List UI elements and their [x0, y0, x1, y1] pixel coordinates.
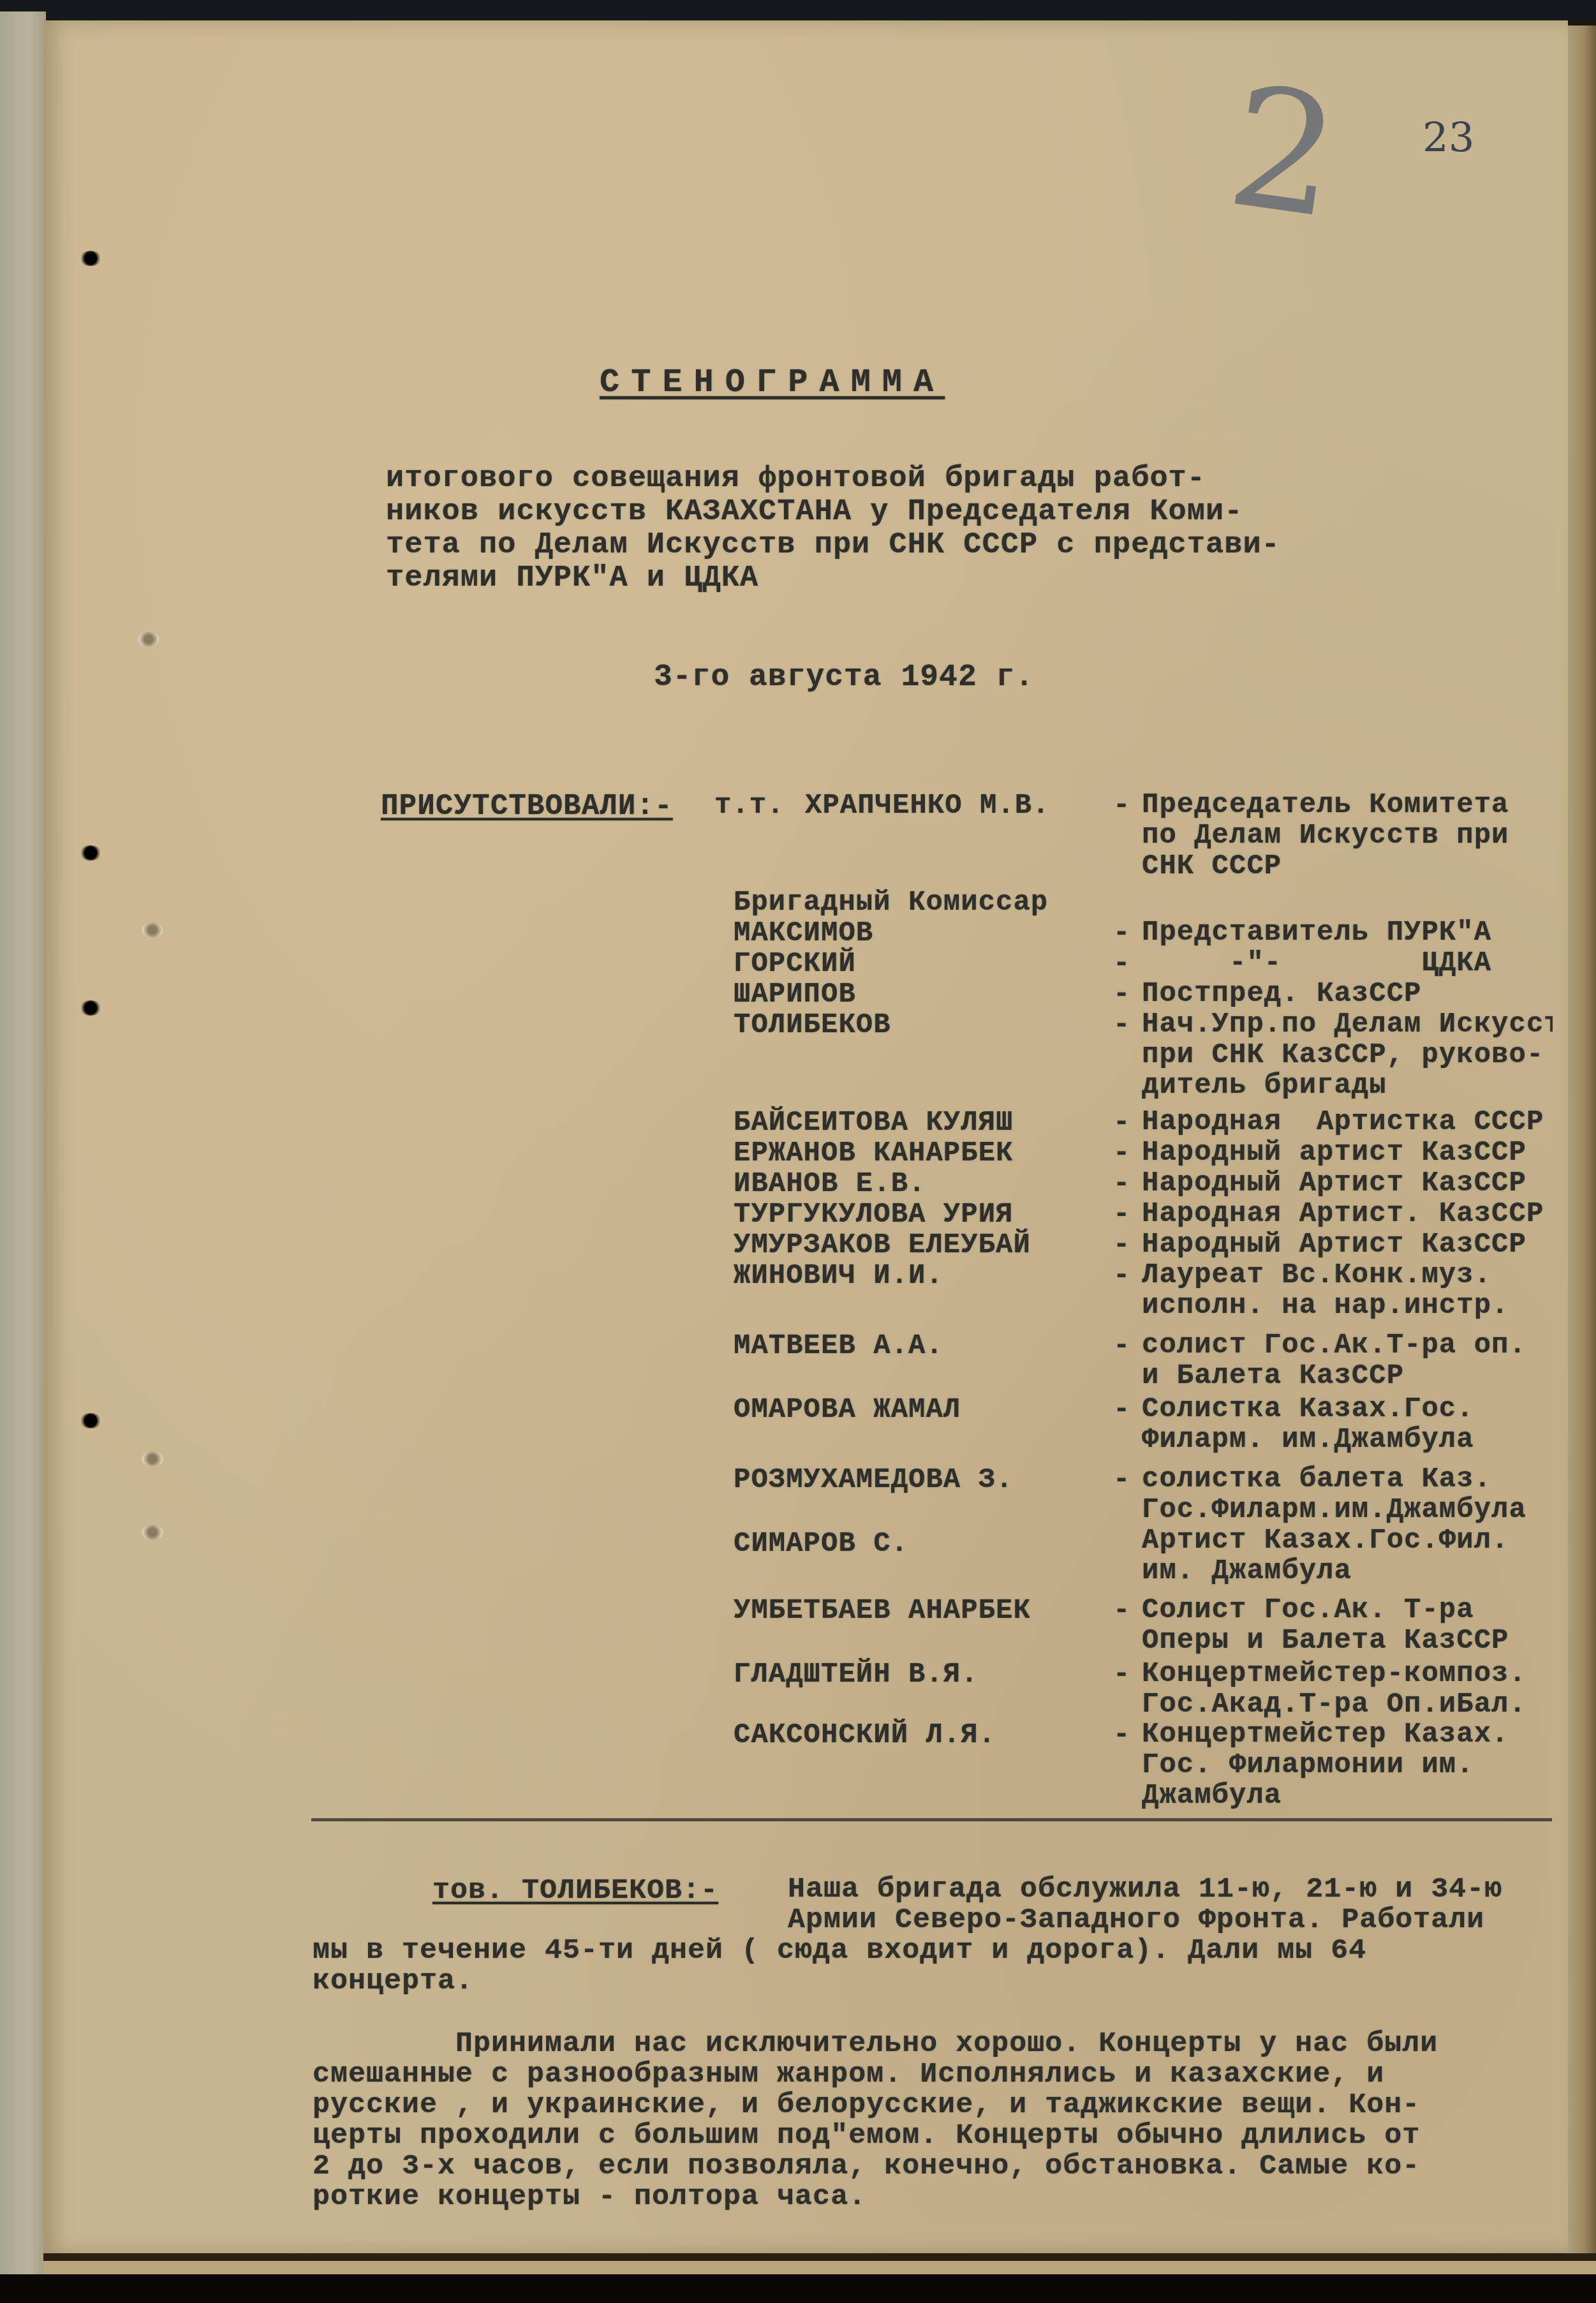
binding-hole-icon: [80, 251, 101, 266]
binding-hole-icon: [80, 1000, 101, 1016]
page-bottom-lip: [43, 2261, 1596, 2275]
speech-line: Наша бригада обслужила 11-ю, 21-ю и 34-ю: [788, 1874, 1502, 1905]
separator-dash: -: [1113, 979, 1130, 1011]
speech-line: 2 до 3-х часов, если позволяла, конечно,…: [313, 2151, 1550, 2182]
attendee-name: ТОЛИБЕКОВ: [734, 1009, 891, 1041]
separator-dash: -: [1113, 1199, 1130, 1231]
scan-background-top: [0, 0, 1596, 19]
attendee-role: Артист Казах.Гос.Фил.им. Джамбула: [1142, 1525, 1509, 1587]
attendee-role: Народная Артист. КазССР: [1142, 1199, 1544, 1229]
attendee-name: САКСОНСКИЙ Л.Я.: [734, 1719, 996, 1751]
separator-dash: -: [1113, 1330, 1130, 1362]
torn-hole-icon: [142, 922, 163, 938]
separator-dash: -: [1113, 1464, 1130, 1496]
binding-hole-icon: [80, 845, 101, 861]
attendee-name: УМБЕТБАЕВ АНАРБЕК: [734, 1595, 1031, 1627]
attendees-label: ПРИСУТСТВОВАЛИ:-: [381, 790, 673, 823]
document-subtitle: итогового совещания фронтовой бригады ра…: [386, 463, 1368, 595]
attendee-role: Народный Артист КазССР: [1142, 1229, 1526, 1260]
attendee-role: Народный Артист КазССР: [1142, 1168, 1526, 1199]
scan-background-bottom: [0, 2274, 1596, 2303]
attendee-name: ШАРИПОВ: [734, 979, 856, 1011]
separator-dash: -: [1113, 1229, 1130, 1261]
attendee-name: ЕРЖАНОВ КАНАРБЕК: [734, 1137, 1013, 1169]
speech-line: церты проходили с большим под"емом. Конц…: [313, 2121, 1550, 2151]
attendee-role: Председатель Комитетапо Делам Искусств п…: [1142, 790, 1509, 882]
attendee-role: Концертмейстер-композ.Гос.Акад.Т-ра Оп.и…: [1142, 1659, 1526, 1720]
speech-line: русские , и украинские, и белорусские, и…: [313, 2090, 1550, 2121]
document-date: 3-го августа 1942 г.: [654, 660, 1034, 695]
subtitle-line: телями ПУРК"А и ЦДКА: [386, 562, 1368, 595]
attendee-name: РОЗМУХАМЕДОВА З.: [734, 1464, 1013, 1496]
separator-dash: -: [1113, 1659, 1130, 1691]
separator-dash: -: [1113, 917, 1130, 949]
document-title: СТЕНОГРАММА: [600, 364, 945, 401]
attendee-role: -"- ЦДКА: [1142, 948, 1491, 979]
separator-dash: -: [1113, 790, 1130, 822]
attendee-role: Представитель ПУРК"А: [1142, 917, 1491, 948]
page-bottom-fold: [43, 2253, 1596, 2261]
separator-dash: -: [1113, 1719, 1130, 1751]
attendee-name: МАКСИМОВ: [734, 917, 873, 949]
subtitle-line: ников искусств КАЗАХСТАНА у Председателя…: [386, 496, 1368, 529]
attendee-name: Бригадный Комиссар: [734, 887, 1048, 919]
torn-hole-icon: [142, 1451, 163, 1467]
attendee-name: ОМАРОВА ЖАМАЛ: [734, 1394, 961, 1426]
separator-dash: -: [1113, 1168, 1130, 1200]
attendee-name: БАЙСЕИТОВА КУЛЯШ: [734, 1107, 1013, 1139]
separator-dash: -: [1113, 1394, 1130, 1426]
attendee-role: солист Гос.Ак.Т-ра оп.и Балета КазССР: [1142, 1330, 1526, 1391]
speech-line: смешанные с разнообразным жанром. Исполн…: [313, 2059, 1550, 2090]
speech-paragraph-2: Принимали нас исключительно хорошо. Конц…: [313, 2029, 1550, 2212]
separator-dash: -: [1113, 1137, 1130, 1169]
attendee-name: МАТВЕЕВ А.А.: [734, 1330, 943, 1362]
speech-line: Армии Северо-Западного Фронта. Работали: [788, 1905, 1484, 1936]
attendee-name: ГЛАДШТЕЙН В.Я.: [734, 1659, 979, 1691]
attendee-role: Народная Артистка СССР: [1142, 1107, 1544, 1137]
attendee-role: Народный артист КазССР: [1142, 1137, 1526, 1168]
speech-line: концерта.: [313, 1966, 473, 1997]
attendee-name: СИМАРОВ С.: [734, 1528, 908, 1560]
torn-hole-icon: [142, 1525, 163, 1540]
speech-line: Принимали нас исключительно хорошо. Конц…: [313, 2029, 1550, 2059]
attendee-name: УМУРЗАКОВ ЕЛЕУБАЙ: [734, 1229, 1031, 1261]
attendee-role: Лауреат Вс.Конк.муз.исполн. на нар.инстр…: [1142, 1260, 1509, 1321]
torn-hole-icon: [138, 632, 159, 647]
separator-dash: -: [1113, 1595, 1130, 1627]
subtitle-line: итогового совещания фронтовой бригады ра…: [386, 463, 1368, 496]
attendee-role: Солист Гос.Ак. Т-раОперы и Балета КазССР: [1142, 1595, 1509, 1656]
speaker-label: тов. ТОЛИБЕКОВ:-: [432, 1874, 718, 1907]
attendee-role: солистка балета Каз.Гос.Филарм.им.Джамбу…: [1142, 1464, 1526, 1525]
separator-dash: -: [1113, 1107, 1130, 1139]
attendee-name: ИВАНОВ Е.В.: [734, 1168, 926, 1200]
subtitle-line: тета по Делам Искусств при СНК СССР с пр…: [386, 529, 1368, 562]
attendee-role: Нач.Упр.по Делам Искусствпри СНК КазССР,…: [1142, 1009, 1553, 1101]
honorific: т.т.: [714, 790, 785, 822]
attendee-name: ТУРГУКУЛОВА УРИЯ: [734, 1199, 1013, 1231]
attendee-role: Солистка Казах.Гос.Филарм. им.Джамбула: [1142, 1394, 1474, 1455]
separator-dash: -: [1113, 948, 1130, 980]
speech-line: роткие концерты - полтора часа.: [313, 2182, 1550, 2212]
attendee-role: Постпред. КазССР: [1142, 979, 1421, 1009]
handwritten-folio-number: 23: [1422, 115, 1474, 162]
speech-line: мы в течение 45-ти дней ( сюда входит и …: [313, 1936, 1366, 1966]
attendee-role: Концертмейстер Казах.Гос. Филармонии им.…: [1142, 1719, 1509, 1811]
attendee-roles-column: Председатель Комитетапо Делам Искусств п…: [1142, 753, 1553, 1837]
separator-dash: -: [1113, 1260, 1130, 1292]
attendee-name: ЖИНОВИЧ И.И.: [734, 1260, 943, 1292]
previous-page-edge: [0, 11, 46, 2276]
attendee-name: ГОРСКИЙ: [734, 948, 856, 980]
binding-hole-icon: [80, 1413, 101, 1428]
separator-dash: -: [1113, 1009, 1130, 1041]
attendee-name: ХРАПЧЕНКО М.В.: [805, 790, 1050, 822]
section-divider: [311, 1818, 1552, 1821]
